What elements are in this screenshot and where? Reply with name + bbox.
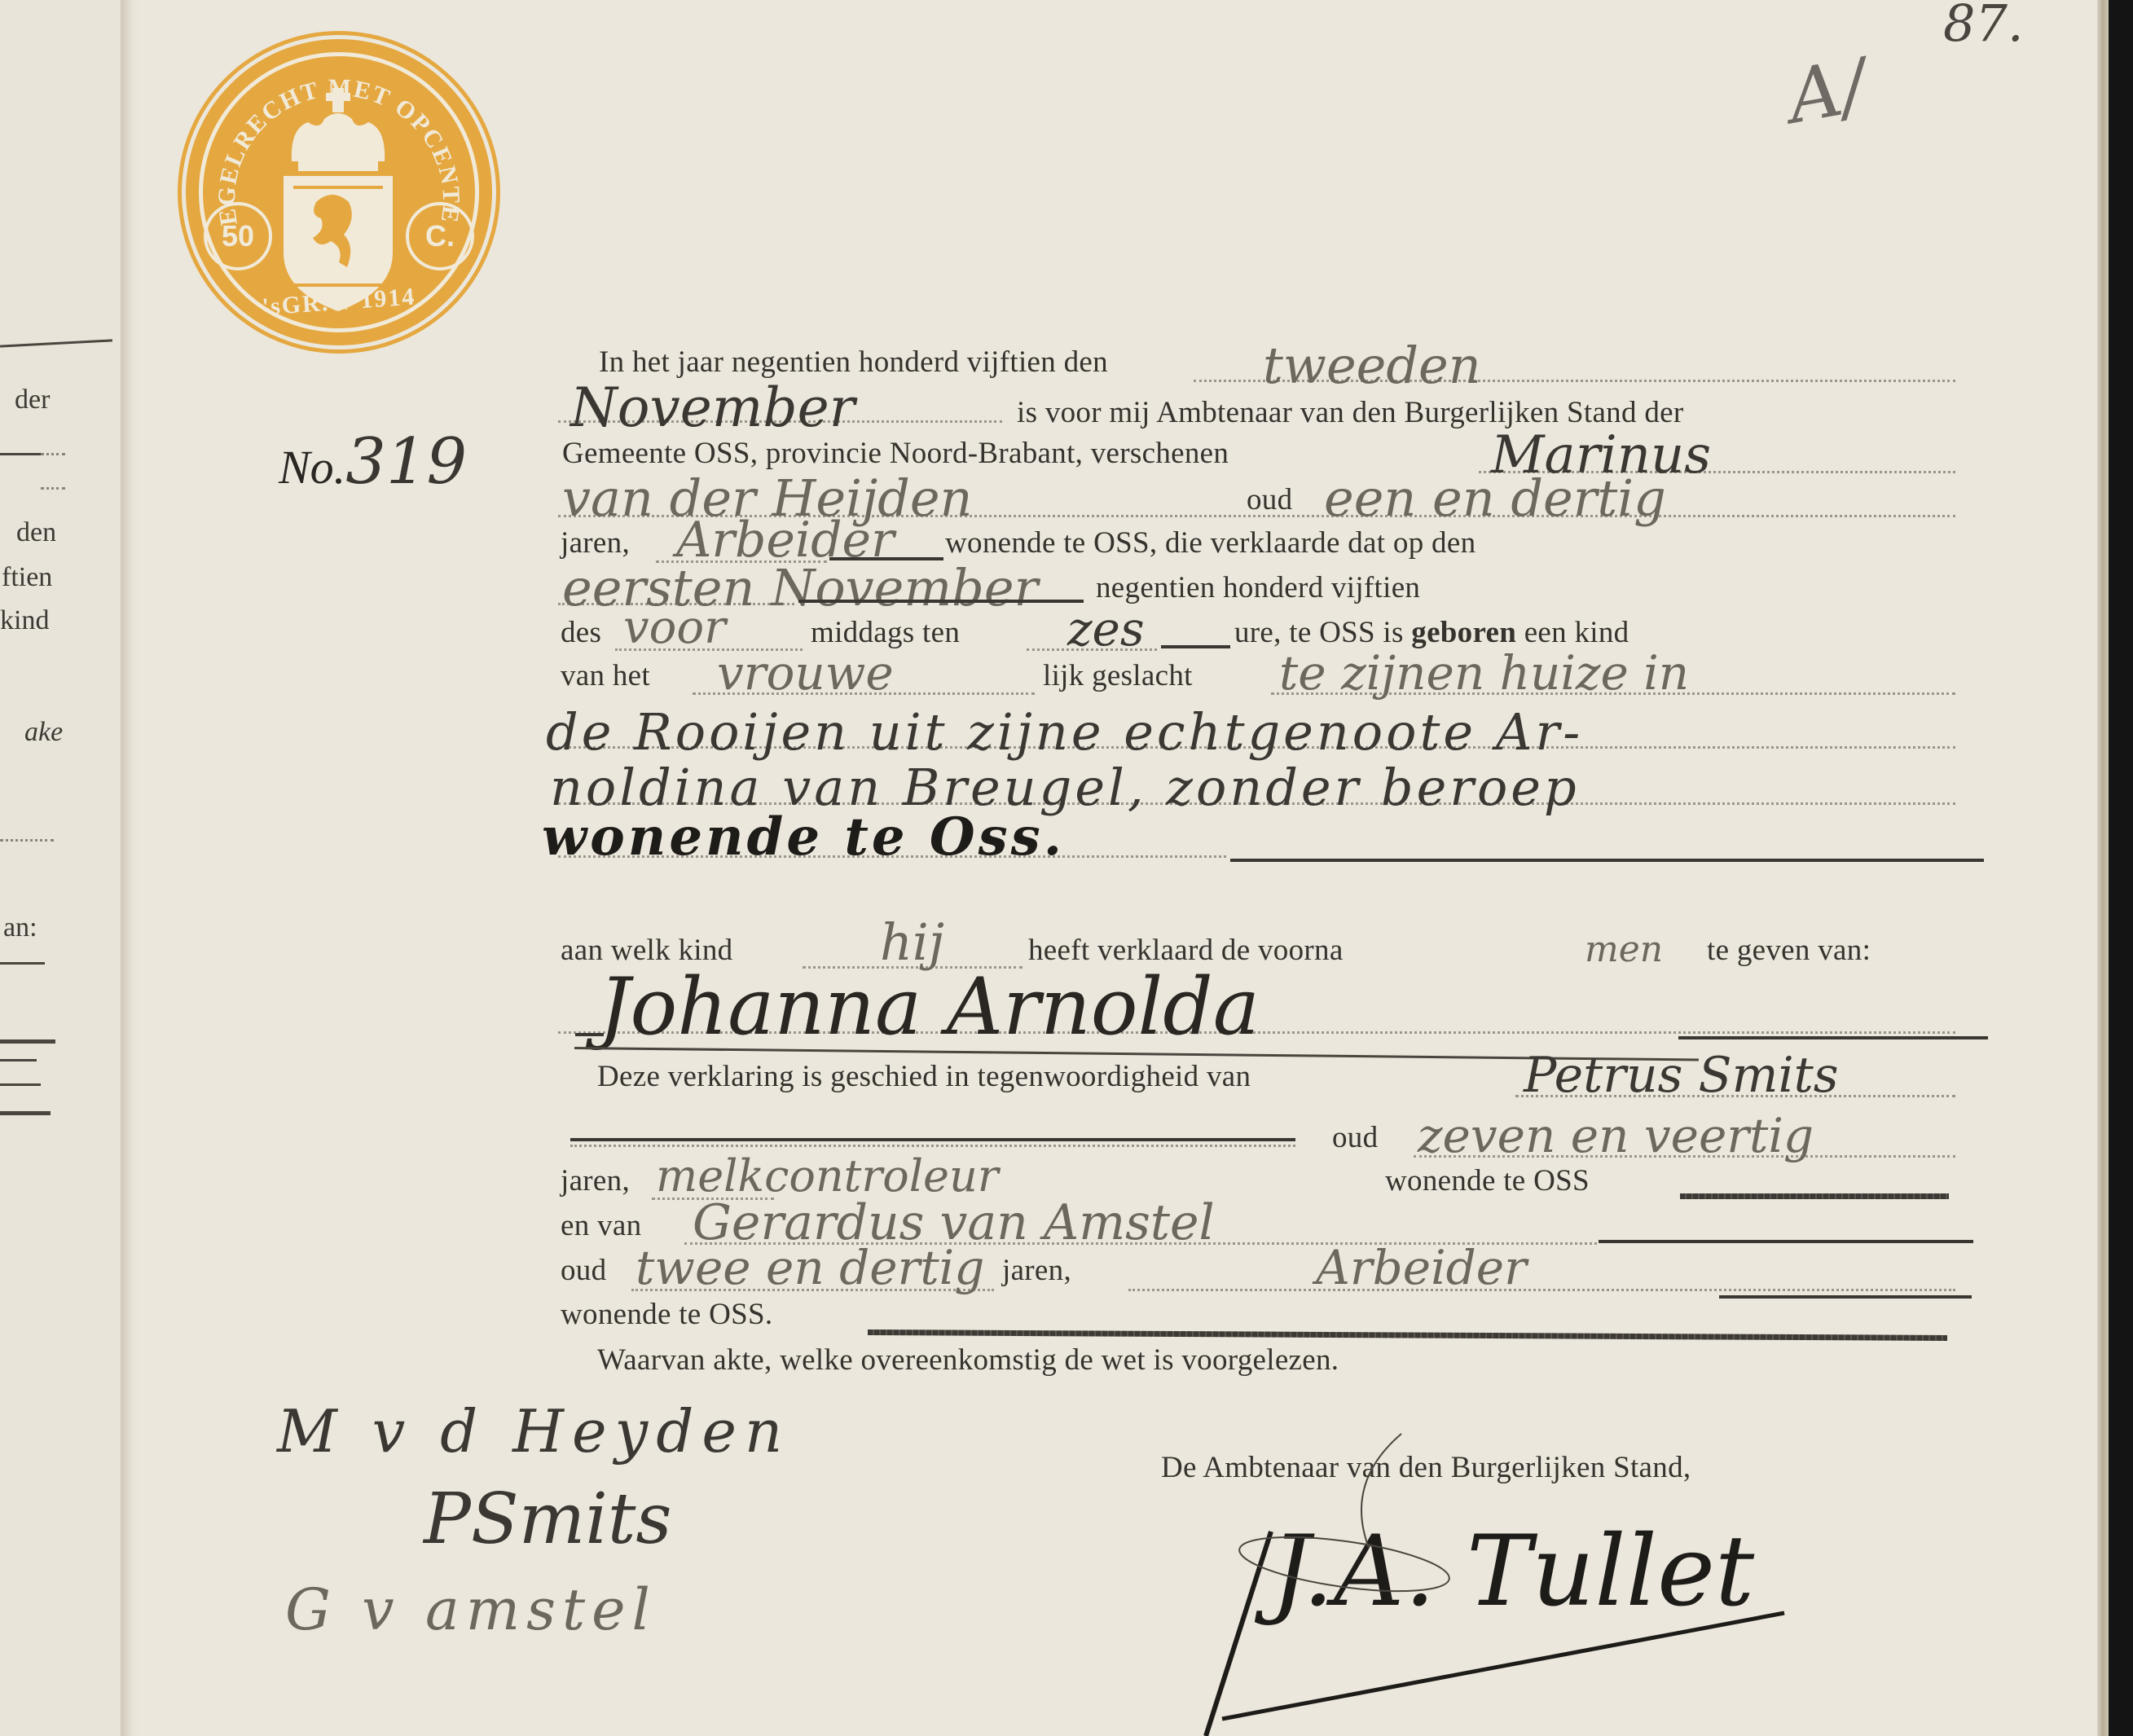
signature-witness2: G v amstel bbox=[285, 1576, 657, 1643]
text-line-19: wonende te OSS. bbox=[561, 1297, 772, 1332]
text-line-16-prefix: jaren, bbox=[561, 1163, 630, 1198]
fill-line bbox=[1230, 859, 1984, 862]
dotted-line bbox=[1128, 1289, 1955, 1291]
left-dotline bbox=[41, 487, 65, 490]
text-line-18-prefix: oud bbox=[561, 1253, 606, 1288]
text-line-4: oud bbox=[1247, 482, 1292, 517]
left-fragment-kind: kind bbox=[0, 605, 49, 636]
dotted-line bbox=[570, 1145, 1295, 1147]
book-gutter bbox=[121, 0, 142, 1736]
text-line-15: oud bbox=[1332, 1120, 1378, 1155]
left-rule bbox=[0, 1039, 55, 1044]
field-witness1-age: zeven en veertig bbox=[1418, 1108, 1814, 1163]
left-fragment-ftien: ftien bbox=[2, 562, 52, 593]
text-line-20: Waarvan akte, welke overeenkomstig de we… bbox=[597, 1343, 1339, 1378]
left-rule bbox=[0, 1111, 51, 1115]
text-line-3: Gemeente OSS, provincie Noord-Brabant, v… bbox=[562, 436, 1229, 471]
signature-declarant: M v d Heyden bbox=[277, 1397, 790, 1466]
left-rule bbox=[0, 962, 45, 965]
field-month: November bbox=[570, 376, 855, 439]
field-hour: zes bbox=[1067, 601, 1145, 657]
left-rule bbox=[0, 1083, 41, 1086]
pencil-annotation: A/ bbox=[1782, 43, 1873, 141]
fill-line bbox=[575, 1033, 604, 1036]
field-mother-line-1: te zijnen huize in bbox=[1279, 645, 1689, 701]
signature-official: J.A. Tullet bbox=[1271, 1515, 1754, 1628]
text-line-1: In het jaar negentien honderd vijftien d… bbox=[599, 345, 1108, 380]
official-title: De Ambtenaar van den Burgerlijken Stand, bbox=[1161, 1450, 1691, 1485]
field-names-suffix: men bbox=[1585, 929, 1663, 970]
text-line-18-mid: jaren, bbox=[1002, 1253, 1071, 1288]
text-line-8-prefix: van het bbox=[561, 658, 650, 693]
act-number: 319 bbox=[345, 425, 467, 499]
left-fragment-den: den bbox=[16, 517, 56, 548]
text-line-14: Deze verklaring is geschied in tegenwoor… bbox=[597, 1059, 1251, 1094]
left-rule bbox=[0, 453, 41, 455]
left-fragment-der: der bbox=[15, 385, 50, 415]
text-line-5-prefix: jaren, bbox=[561, 525, 630, 560]
field-mother-line-2: de Rooijen uit zijne echtgenoote Ar- bbox=[546, 702, 1583, 762]
act-number-label: No.319 bbox=[279, 425, 467, 499]
field-day: tweeden bbox=[1263, 336, 1481, 395]
fill-line bbox=[1719, 1295, 1972, 1299]
text-line-12-suffix: te geven van: bbox=[1707, 933, 1871, 968]
field-sex: vrouwe bbox=[717, 645, 894, 701]
fill-line bbox=[1599, 1240, 1973, 1243]
text-line-16-suffix: wonende te OSS bbox=[1385, 1163, 1590, 1198]
fill-line bbox=[1161, 645, 1230, 648]
text-line-17-prefix: en van bbox=[561, 1208, 641, 1243]
fill-line bbox=[1680, 1193, 1949, 1199]
text-line-7-prefix: des bbox=[561, 615, 601, 650]
fill-line bbox=[1678, 1036, 1988, 1039]
stamp-value-right: C. bbox=[406, 202, 474, 270]
left-page-fragment: der den ftien kind ake an: bbox=[0, 0, 122, 1736]
field-child-name: Johanna Arnolda bbox=[599, 961, 1260, 1053]
text-line-8-mid: lijk geslacht bbox=[1043, 658, 1193, 693]
field-witness2-age: twee en dertig bbox=[636, 1240, 984, 1295]
field-mother-line-4: wonende te Oss. bbox=[542, 806, 1065, 868]
fill-line bbox=[798, 600, 1084, 603]
folio-number: 87. bbox=[1943, 0, 2024, 53]
signature-witness1: PSmits bbox=[424, 1479, 672, 1560]
left-dotline bbox=[0, 839, 54, 842]
left-fragment-ake: ake bbox=[24, 717, 63, 748]
page-edge bbox=[2097, 0, 2109, 1736]
left-fragment-van: an: bbox=[3, 912, 37, 943]
book-binding bbox=[2109, 0, 2133, 1736]
field-witness1-name: Petrus Smits bbox=[1524, 1047, 1839, 1104]
field-witness2-occupation: Arbeider bbox=[1316, 1240, 1527, 1295]
stamp-value-left: 50 bbox=[204, 202, 272, 270]
left-rule bbox=[0, 339, 112, 347]
text-line-5-suffix: wonende te OSS, die verklaarde dat op de… bbox=[945, 525, 1476, 560]
revenue-stamp: ZEGELRECHT MET OPCENTEN 50 C. 'sGR.★ 191… bbox=[186, 39, 492, 345]
field-declarant-age: een en dertig bbox=[1324, 468, 1666, 528]
field-am-pm: voor bbox=[623, 601, 726, 654]
left-rule bbox=[0, 1059, 37, 1061]
left-dotline bbox=[41, 453, 65, 455]
fill-line bbox=[570, 1138, 1295, 1141]
text-line-6: negentien honderd vijftien bbox=[1096, 570, 1420, 605]
